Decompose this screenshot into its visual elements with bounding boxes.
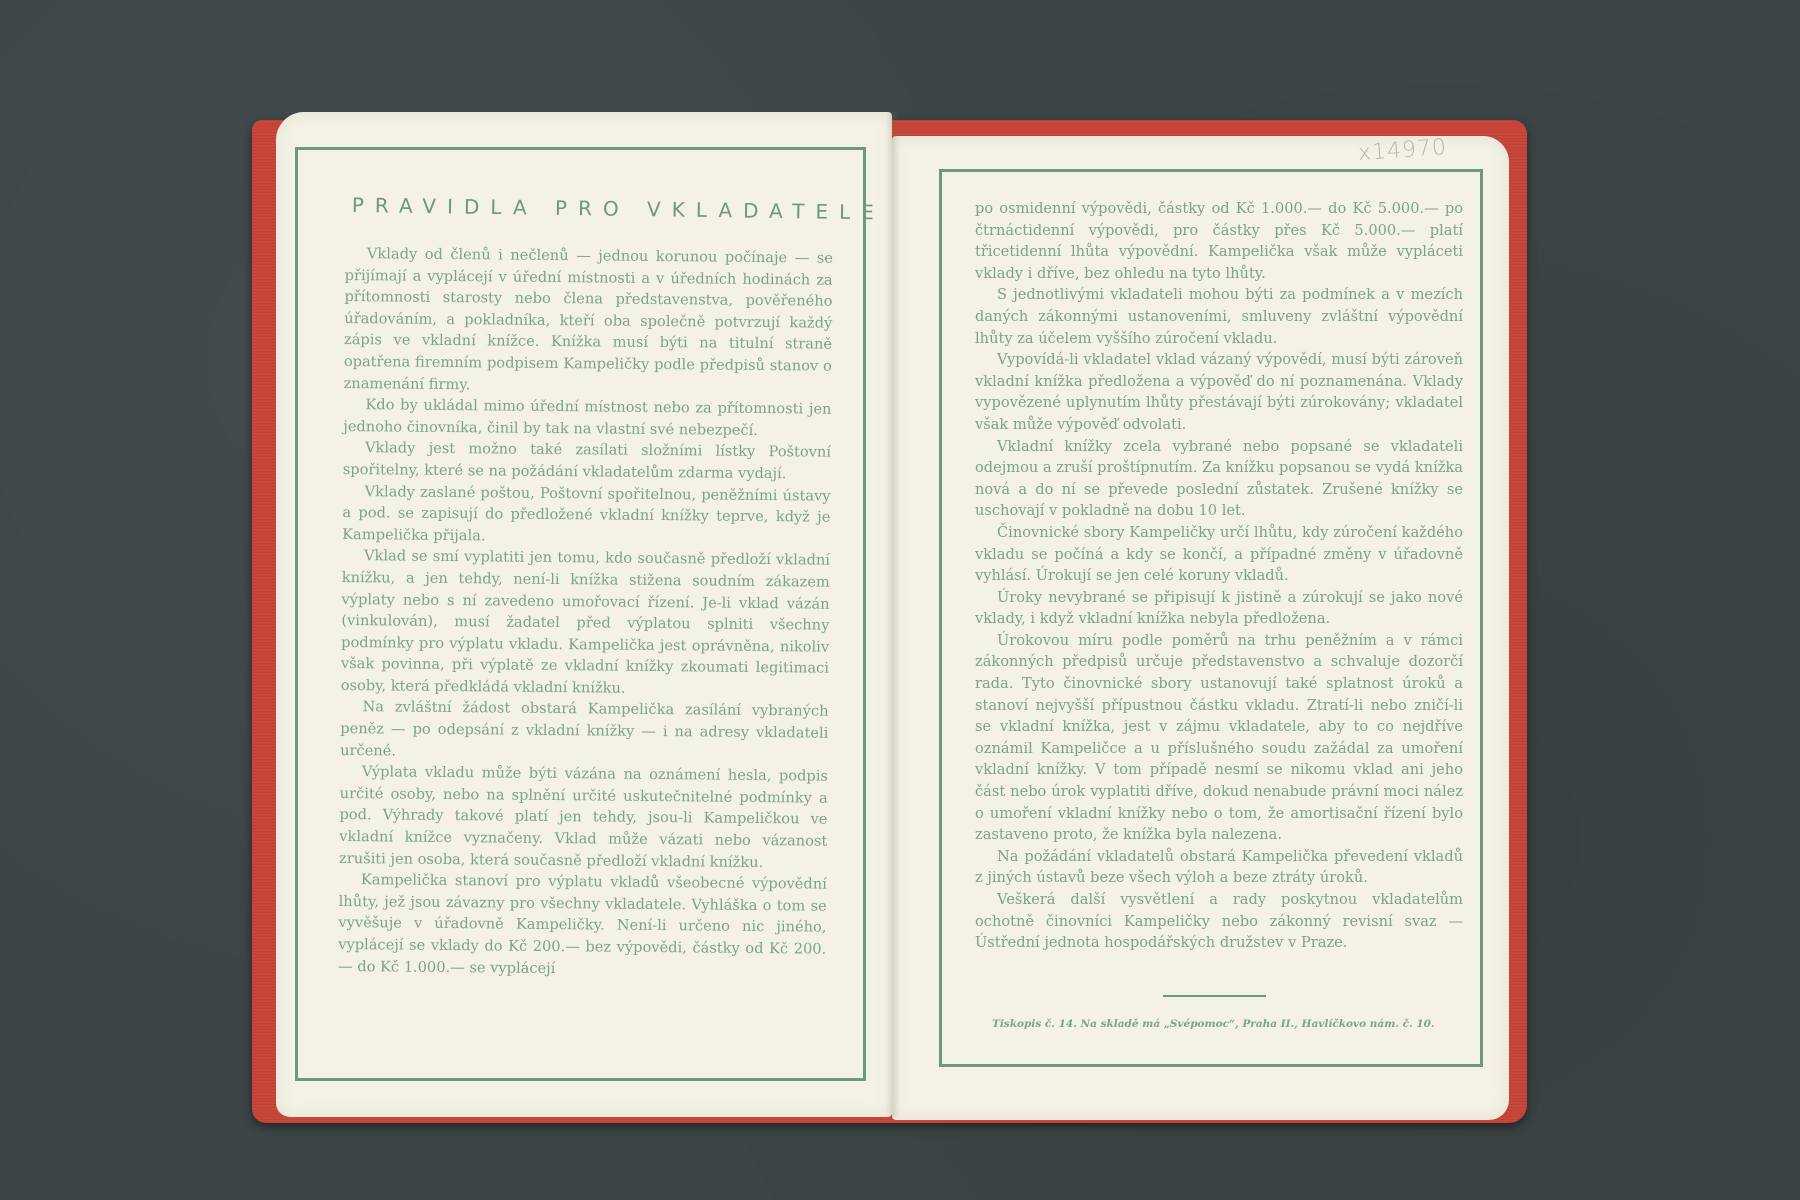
paragraph: Vkladní knížky zcela vybrané nebo popsan… <box>975 436 1463 522</box>
paragraph: Úroky nevybrané se připisují k jistině a… <box>975 587 1463 630</box>
paragraph: Veškerá další vysvětlení a rady poskytno… <box>975 889 1463 954</box>
paragraph: Vklady od členů i nečlenů — jednou korun… <box>344 243 833 399</box>
paragraph: Na zvláštní žádost obstará Kampelička za… <box>340 696 829 765</box>
printer-imprint: Tiskopis č. 14. Na skladě má „Svépomoc“,… <box>992 1018 1462 1030</box>
paragraph: Kampelička stanoví pro výplatu vkladů vš… <box>338 869 827 982</box>
paragraph: Na požádání vkladatelů obstará Kampeličk… <box>975 846 1463 889</box>
left-page-body: Vklady od členů i nečlenů — jednou korun… <box>338 243 833 982</box>
paragraph: Výplata vkladu může býti vázána na oznám… <box>339 761 828 874</box>
paragraph: Kdo by ukládal mimo úřední místnost nebo… <box>343 394 831 442</box>
book-gutter <box>886 112 900 1117</box>
paragraph: Vklady zaslané poštou, Poštovní spořitel… <box>342 481 831 550</box>
paragraph: Vklady jest možno také zasílati složními… <box>343 437 831 485</box>
paragraph: Činovnické sbory Kampeličky určí lhůtu, … <box>975 522 1463 587</box>
continuation-paragraph: po osmidenní výpovědi, částky od Kč 1.00… <box>975 198 1463 284</box>
paragraph: Úrokovou míru podle poměrů na trhu peněž… <box>975 630 1463 846</box>
paragraph: Vklad se smí vyplatiti jen tomu, kdo sou… <box>341 545 830 701</box>
divider-rule <box>1163 995 1266 997</box>
paragraph: Vypovídá-li vkladatel vklad vázaný výpov… <box>975 349 1463 435</box>
paragraph: S jednotlivými vkladateli mohou býti za … <box>975 284 1463 349</box>
right-page-body: po osmidenní výpovědi, částky od Kč 1.00… <box>975 198 1463 954</box>
